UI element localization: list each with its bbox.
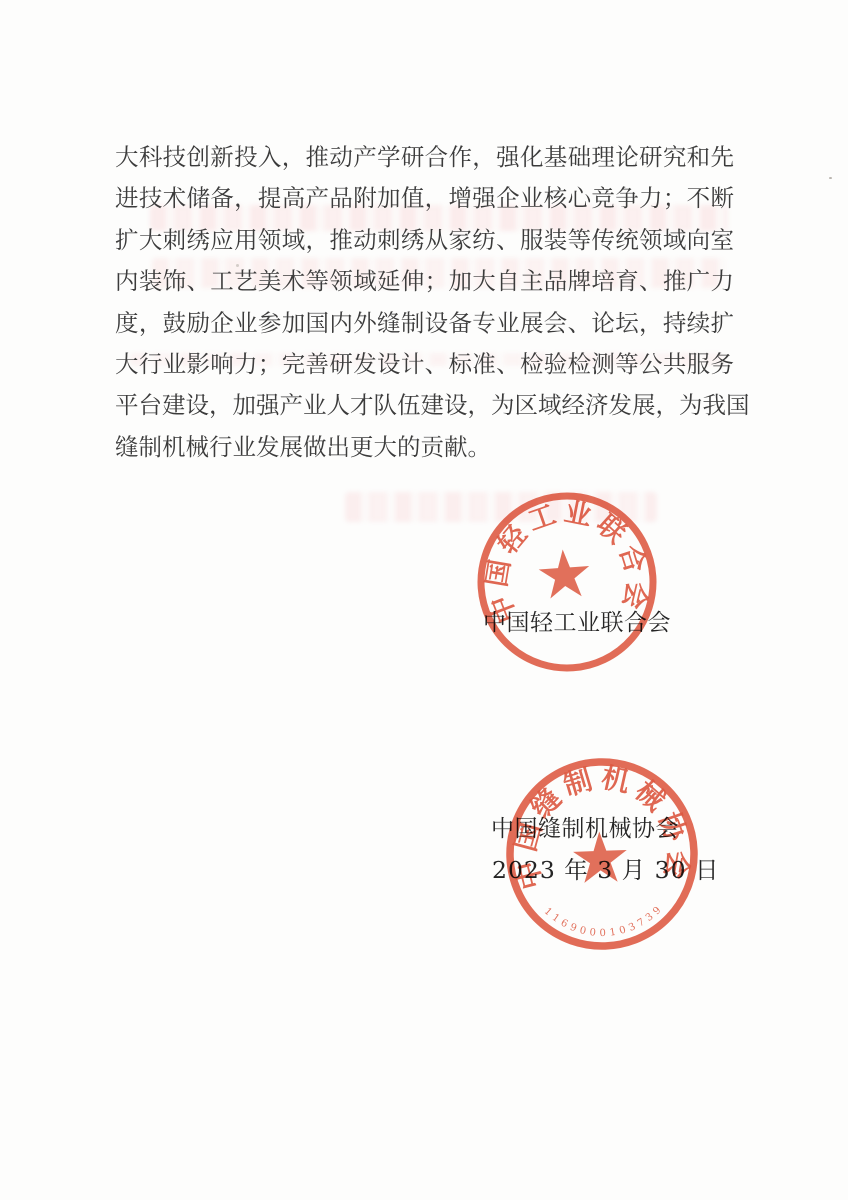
text-line: 大行业影响力；完善研发设计、标准、检验检测等公共服务	[115, 344, 734, 385]
official-seal-xiehui: 中国缝制机械协会 1169000103739 ★	[500, 752, 705, 957]
text-line: 扩大刺绣应用领域，推动刺绣从家纺、服装等传统领域向室	[115, 220, 734, 261]
text-line: 大科技创新投入，推动产学研合作，强化基础理论研究和先	[115, 137, 734, 178]
star-icon: ★	[532, 534, 596, 615]
scanned-document-page: 大科技创新投入，推动产学研合作，强化基础理论研究和先 进技术储备，提高产品附加值…	[0, 0, 848, 1200]
star-icon: ★	[567, 816, 633, 900]
text-line: 平台建设，加强产业人才队伍建设，为区域经济发展，为我国	[115, 385, 734, 426]
text-line: 进技术储备，提高产品附加值，增强企业核心竞争力；不断	[115, 178, 734, 219]
text-line: 内装饰、工艺美术等领域延伸；加大自主品牌培育、推广力	[115, 261, 734, 302]
text-line: 度，鼓励企业参加国内外缝制设备专业展会、论坛，持续扩	[115, 303, 734, 344]
body-paragraph: 大科技创新投入，推动产学研合作，强化基础理论研究和先 进技术储备，提高产品附加值…	[115, 137, 734, 468]
official-seal-lianhehui: 中国轻工业联合会 ★	[468, 483, 667, 682]
text-line: 缝制机械行业发展做出更大的贡献。	[115, 427, 734, 468]
scan-noise-speck	[829, 177, 832, 179]
seal-graphic: 中国缝制机械协会 1169000103739 ★	[500, 752, 705, 957]
seal-graphic: 中国轻工业联合会 ★	[468, 483, 667, 682]
